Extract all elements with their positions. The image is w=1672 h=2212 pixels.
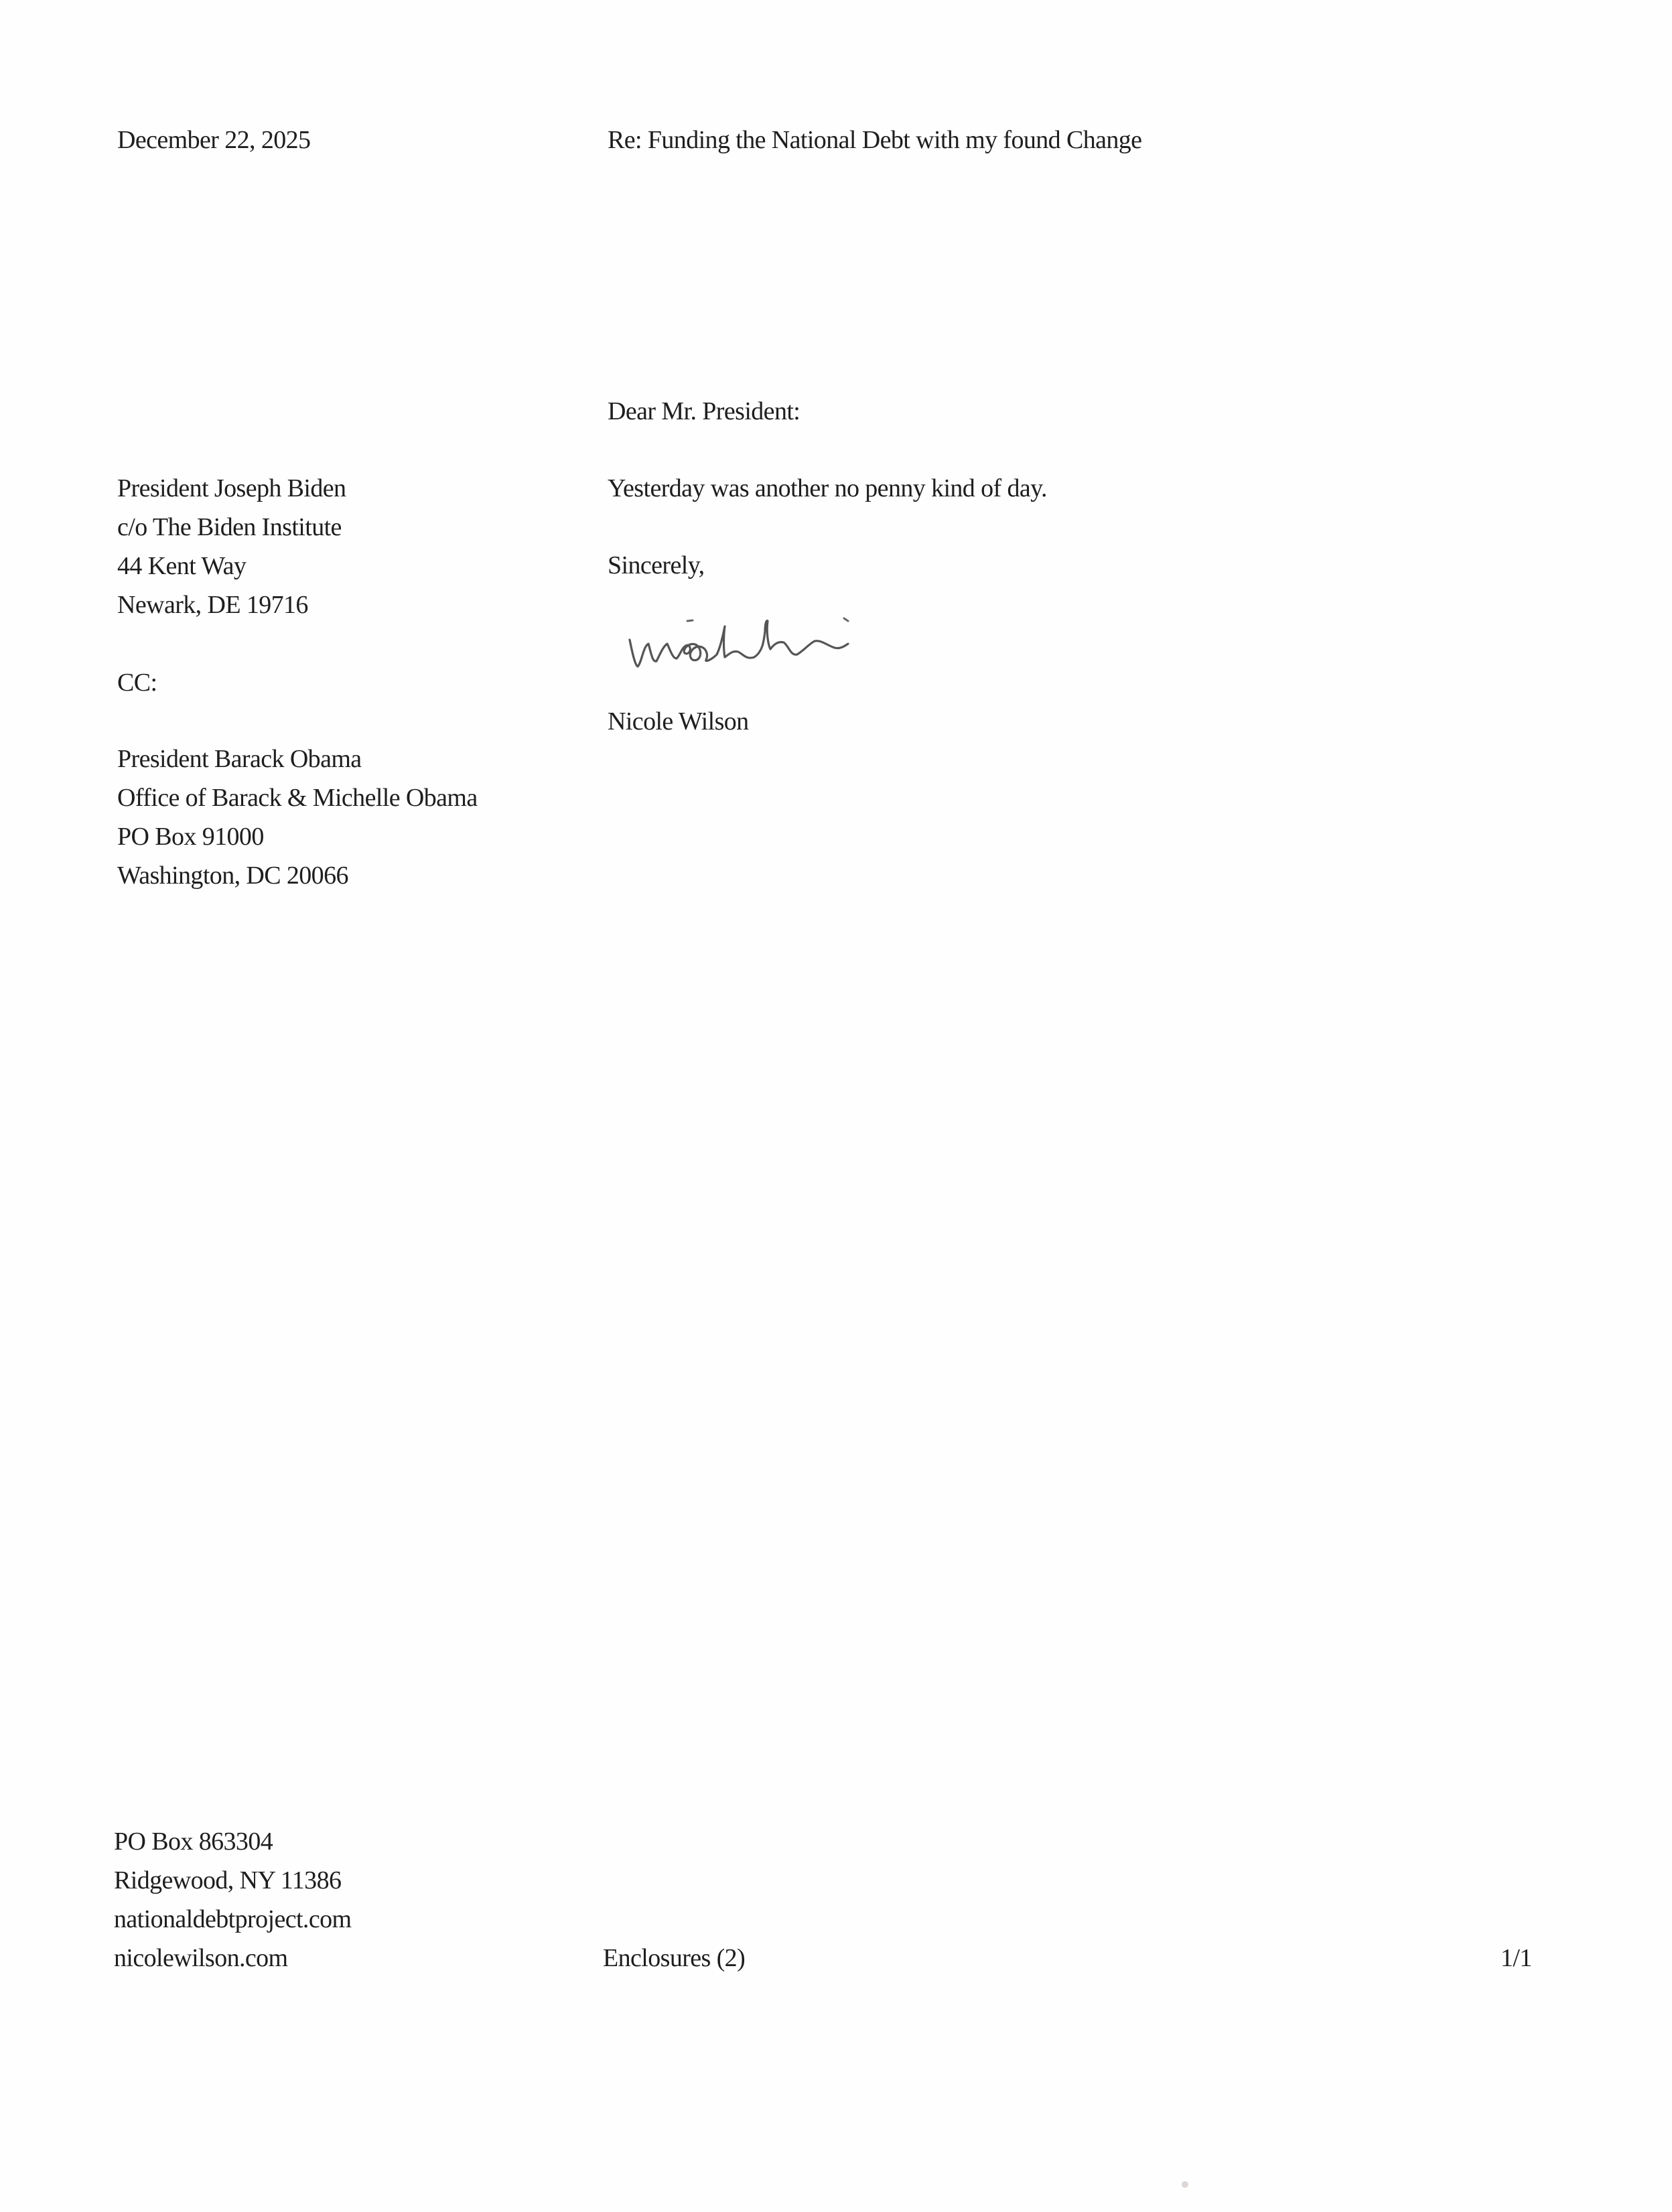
letter-date: December 22, 2025 — [117, 121, 310, 159]
cc-line: PO Box 91000 — [117, 817, 478, 856]
signer-name: Nicole Wilson — [608, 702, 749, 741]
recipient-address: President Joseph Biden c/o The Biden Ins… — [117, 469, 346, 624]
recipient-line: President Joseph Biden — [117, 469, 346, 508]
scan-speck — [1182, 2181, 1188, 2188]
sender-line: PO Box 863304 — [114, 1822, 351, 1861]
sender-line: Ridgewood, NY 11386 — [114, 1861, 351, 1900]
cc-line: Washington, DC 20066 — [117, 856, 478, 895]
sender-link-line: nicolewilson.com — [114, 1939, 351, 1978]
sender-address: PO Box 863304 Ridgewood, NY 11386 nation… — [114, 1822, 351, 1978]
cc-address: President Barack Obama Office of Barack … — [117, 740, 478, 895]
letter-subject: Re: Funding the National Debt with my fo… — [608, 121, 1141, 159]
closing: Sincerely, — [608, 546, 705, 585]
enclosures-note: Enclosures (2) — [603, 1939, 745, 1978]
cc-label: CC: — [117, 663, 157, 702]
recipient-line: Newark, DE 19716 — [117, 585, 346, 624]
letter-body: Yesterday was another no penny kind of d… — [608, 469, 1047, 508]
sender-link-line: nationaldebtproject.com — [114, 1900, 351, 1939]
recipient-line: 44 Kent Way — [117, 547, 346, 585]
cc-line: President Barack Obama — [117, 740, 478, 778]
signature-icon — [623, 606, 931, 680]
cc-line: Office of Barack & Michelle Obama — [117, 778, 478, 817]
page-number: 1/1 — [1501, 1939, 1532, 1978]
recipient-line: c/o The Biden Institute — [117, 508, 346, 547]
letter-page: December 22, 2025 Re: Funding the Nation… — [0, 0, 1672, 2212]
salutation: Dear Mr. President: — [608, 392, 800, 431]
